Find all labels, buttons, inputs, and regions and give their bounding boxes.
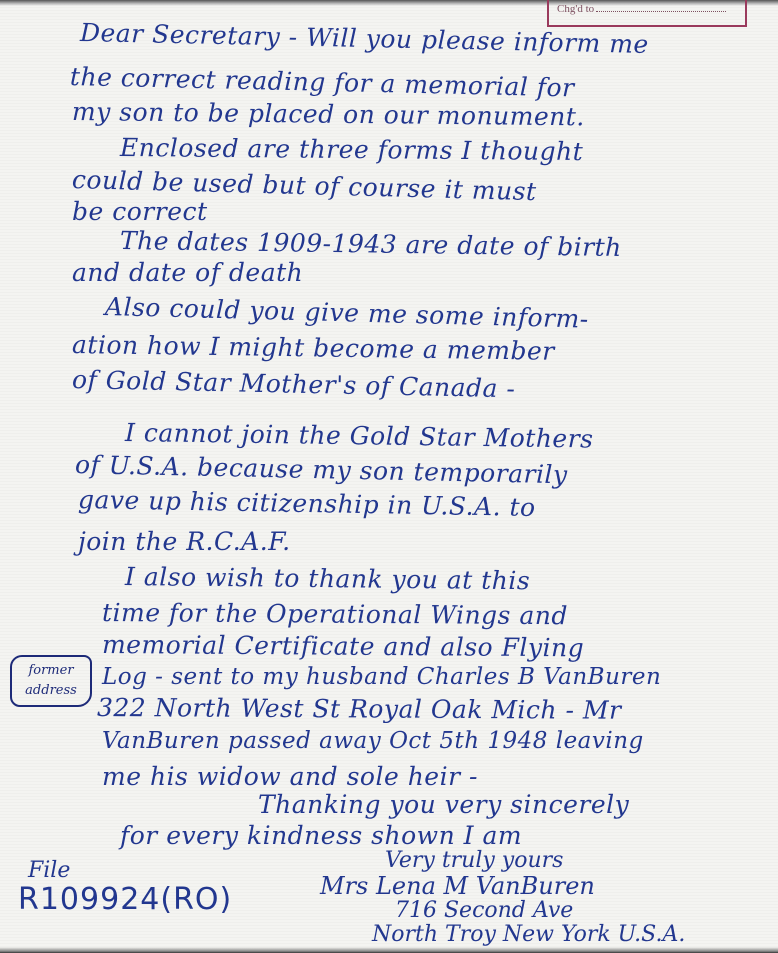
letter-line: my son to be placed on our monument. bbox=[72, 97, 585, 131]
letter-line: be correct bbox=[72, 197, 208, 226]
letter-line: join the R.C.A.F. bbox=[78, 527, 291, 556]
letter-line: time for the Operational Wings and bbox=[102, 598, 568, 630]
file-label: File bbox=[28, 858, 70, 883]
signer-address-line2: North Troy New York U.S.A. bbox=[372, 922, 685, 947]
letter-line: Enclosed are three forms I thought bbox=[120, 133, 583, 166]
letter-line: VanBuren passed away Oct 5th 1948 leavin… bbox=[102, 728, 644, 754]
file-number: R109924(RO) bbox=[18, 882, 232, 917]
scan-edge-bottom bbox=[0, 947, 778, 953]
letter-line: I also wish to thank you at this bbox=[125, 562, 531, 595]
signer-address-line1: 716 Second Ave bbox=[395, 898, 573, 923]
letter-line: me his widow and sole heir - bbox=[102, 762, 478, 791]
closing: Very truly yours bbox=[385, 848, 563, 873]
changed-to-stamp: Chg'd to bbox=[547, 0, 747, 27]
letter-line: Thanking you very sincerely bbox=[258, 790, 629, 819]
margin-note-line: former bbox=[12, 661, 90, 681]
letter-line: for every kindness shown I am bbox=[120, 821, 522, 850]
stamp-label: Chg'd to bbox=[557, 3, 594, 15]
former-address-note: former address bbox=[10, 655, 92, 707]
letter-line: Log - sent to my husband Charles B VanBu… bbox=[102, 664, 661, 690]
stamp-dotted-line bbox=[596, 2, 726, 12]
signer-name: Mrs Lena M VanBuren bbox=[320, 872, 595, 900]
letter-line: memorial Certificate and also Flying bbox=[102, 630, 584, 662]
letter-line: 322 North West St Royal Oak Mich - Mr bbox=[97, 693, 622, 725]
letter-line: and date of death bbox=[72, 258, 303, 287]
margin-note-line: address bbox=[12, 681, 90, 701]
